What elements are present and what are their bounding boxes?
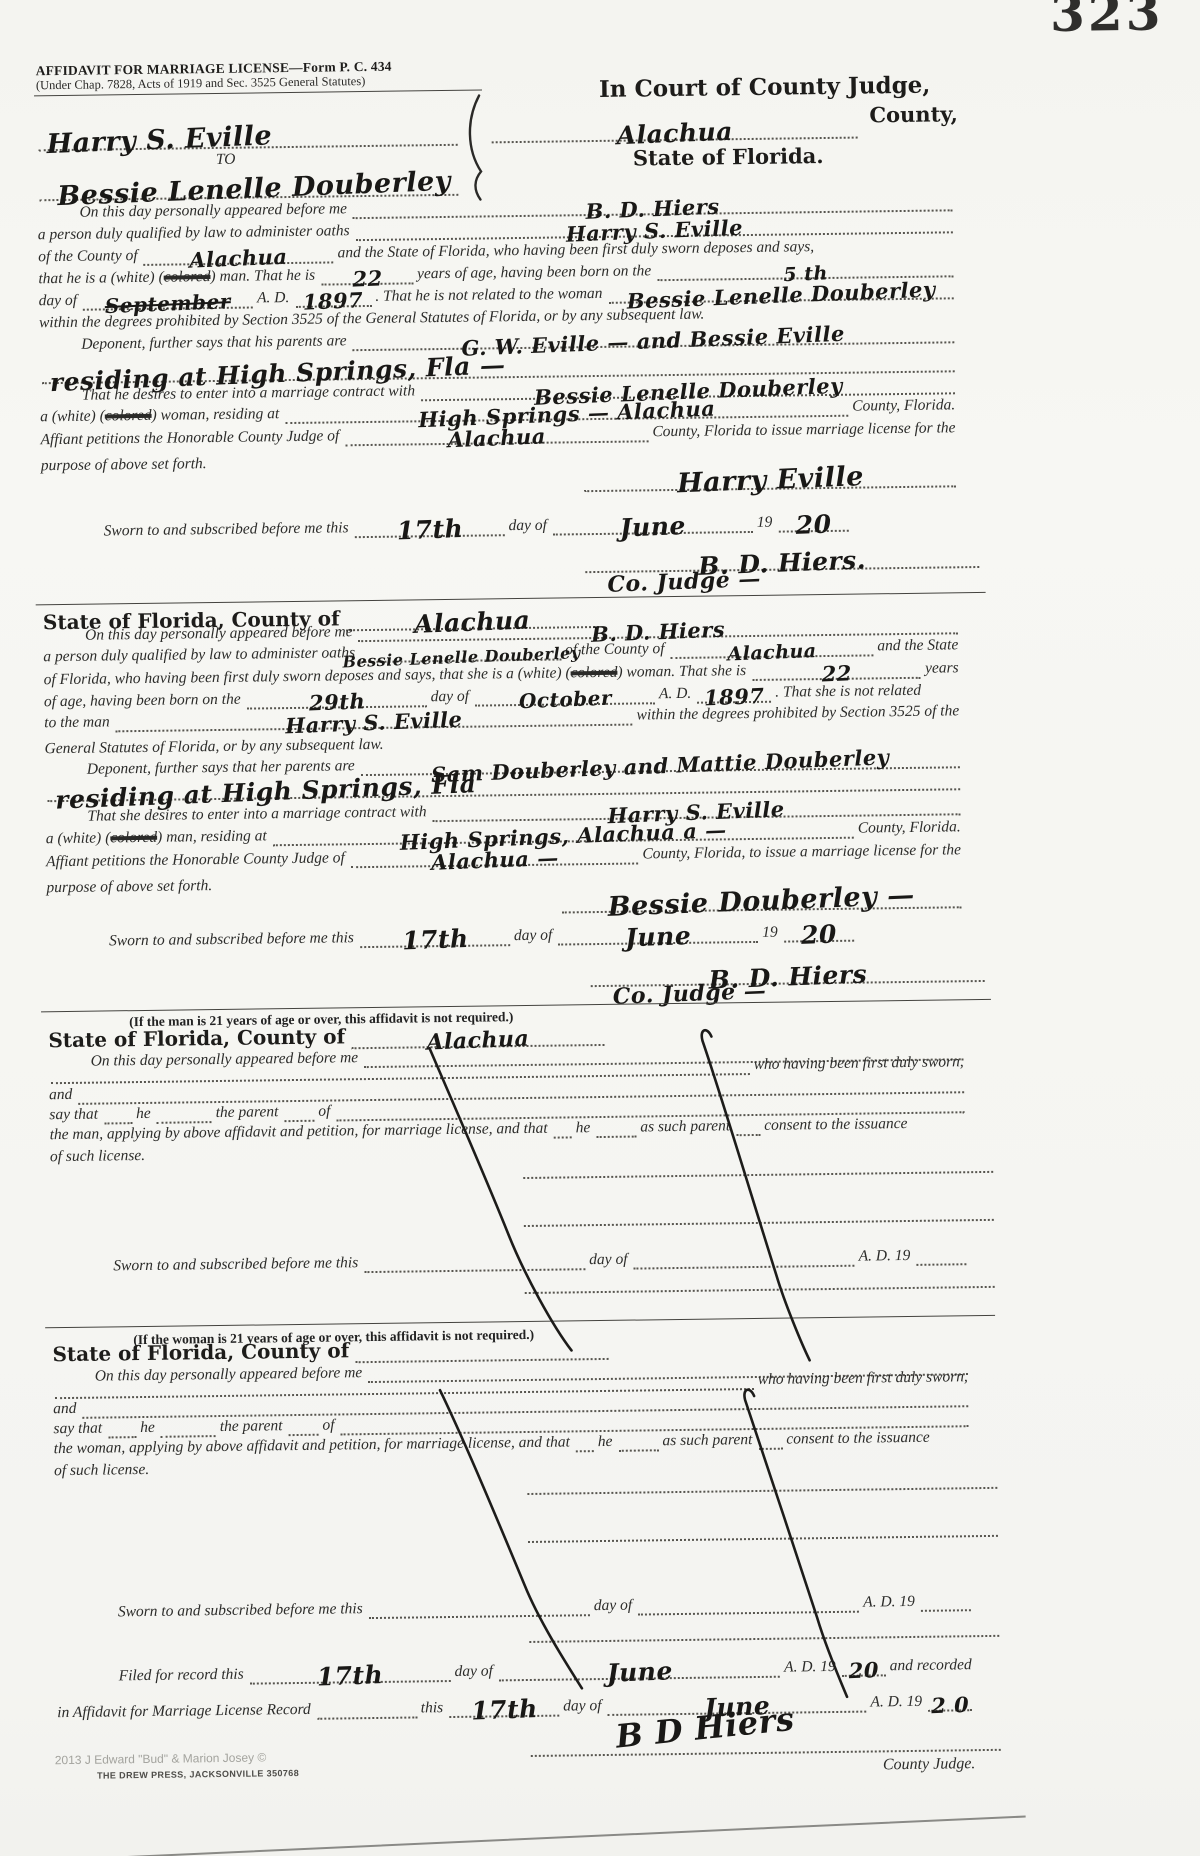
printed-label: day of bbox=[508, 517, 551, 536]
sworn-year: 20 bbox=[795, 513, 832, 536]
record-year-blank: 2 0 bbox=[928, 1696, 972, 1711]
printed-text: of such license. bbox=[54, 1461, 153, 1481]
section-divider bbox=[41, 999, 991, 1012]
printed-label: to the man bbox=[44, 714, 114, 734]
blank-signature-line bbox=[523, 1171, 993, 1179]
printed-label: Affiant petitions the Honorable County J… bbox=[46, 849, 349, 872]
blank-signature-line bbox=[527, 1487, 997, 1495]
sworn-year-blank: 20 bbox=[778, 513, 848, 532]
signature-blank: Bessie Douberley — bbox=[562, 888, 962, 913]
sworn-day: 17th bbox=[396, 518, 463, 542]
sworn-day-blank: 17th bbox=[354, 518, 504, 538]
printed-text: and recorded bbox=[890, 1656, 976, 1676]
filed-day: 17th bbox=[317, 1664, 384, 1688]
printed-text: a (white) ( bbox=[46, 830, 111, 850]
document-page: 323 AFFIDAVIT FOR MARRIAGE LICENSE—Form … bbox=[0, 0, 1200, 1856]
printed-label: day of bbox=[594, 1597, 637, 1616]
empty-blank bbox=[317, 1716, 417, 1719]
record-day-blank: 17th bbox=[449, 1698, 559, 1718]
printed-label: day of bbox=[563, 1697, 606, 1716]
judge-signature-line: B. D. Hiers. bbox=[583, 536, 983, 573]
groom-name-line: Harry S. Eville bbox=[36, 110, 461, 152]
filed-month: June bbox=[606, 1660, 673, 1684]
printed-label: in Affidavit for Marriage License Record bbox=[57, 1701, 315, 1723]
sworn-line: Sworn to and subscribed before me this 1… bbox=[47, 912, 847, 952]
blank-signature-line bbox=[529, 1635, 999, 1643]
sworn-line: Sworn to and subscribed before me this 1… bbox=[41, 502, 841, 542]
printed-label: Sworn to and subscribed before me this bbox=[104, 519, 353, 541]
sworn-month-blank: June bbox=[553, 515, 753, 536]
printed-text: and the State bbox=[877, 636, 962, 656]
printer-credit: THE DREW PRESS, JACKSONVILLE 350768 bbox=[97, 1768, 299, 1781]
sworn-day-blank: 17th bbox=[360, 928, 510, 948]
sworn-month: June bbox=[619, 515, 686, 539]
filed-year-blank: 20 bbox=[842, 1661, 886, 1676]
printed-text: purpose of above set forth. bbox=[46, 877, 216, 898]
printed-label: Filed for record this bbox=[119, 1666, 248, 1686]
empty-blank bbox=[916, 1263, 966, 1266]
printed-text: purpose of above set forth. bbox=[41, 455, 211, 476]
printed-label: A. D. 19 bbox=[870, 1693, 926, 1713]
page-number: 323 bbox=[1050, 0, 1164, 43]
county-word: County, bbox=[869, 101, 958, 127]
blank-signature-line bbox=[525, 1286, 995, 1294]
printed-text: of such license. bbox=[50, 1147, 149, 1167]
empty-blank bbox=[364, 1268, 585, 1273]
printed-text: County, Florida to issue marriage licens… bbox=[652, 419, 959, 442]
signature-line: Harry Eville bbox=[582, 451, 960, 492]
court-county-line: Alachua bbox=[489, 101, 861, 144]
signature-blank: Harry Eville bbox=[584, 467, 956, 492]
recorded-line: in Affidavit for Marriage License Record… bbox=[57, 1679, 976, 1723]
state-heading: State of Florida. bbox=[633, 143, 824, 170]
sworn-month-blank: June bbox=[558, 925, 758, 946]
groom-signature: Harry Eville bbox=[676, 466, 864, 496]
printed-label: Sworn to and subscribed before me this bbox=[118, 1600, 367, 1622]
printed-label: A. D. 19 bbox=[859, 1247, 915, 1267]
sworn-line: Sworn to and subscribed before me this d… bbox=[51, 1235, 970, 1277]
filed-year: 20 bbox=[848, 1661, 879, 1680]
blank-signature-line bbox=[528, 1535, 998, 1543]
printed-year-19: 19 bbox=[762, 924, 782, 943]
empty-blank bbox=[638, 1611, 859, 1616]
printed-text: a (white) ( bbox=[40, 408, 105, 428]
archive-credit: 2013 J Edward "Bud" & Marion Josey © bbox=[55, 1750, 267, 1767]
printed-label: day of bbox=[454, 1663, 497, 1682]
struck-word-colored: colored bbox=[110, 829, 157, 848]
form-statute: (Under Chap. 7828, Acts of 1919 and Sec.… bbox=[36, 74, 366, 93]
printed-label: A. D. 19 bbox=[784, 1658, 840, 1678]
signature-line: Bessie Douberley — bbox=[559, 872, 965, 913]
printed-label: Sworn to and subscribed before me this bbox=[113, 1254, 362, 1276]
printed-label: Deponent, further says that his parents … bbox=[81, 332, 351, 354]
sworn-day: 17th bbox=[401, 928, 468, 952]
struck-word-colored: colored bbox=[105, 407, 152, 426]
sworn-month: June bbox=[625, 925, 692, 949]
sworn-line: Sworn to and subscribed before me this d… bbox=[56, 1581, 975, 1623]
record-year: 2 0 bbox=[931, 1696, 970, 1715]
printed-label: day of bbox=[589, 1251, 632, 1270]
filed-day-blank: 17th bbox=[250, 1664, 451, 1685]
brace-mark bbox=[469, 95, 481, 199]
sworn-year-blank: 20 bbox=[784, 923, 854, 942]
record-day: 17th bbox=[471, 1698, 538, 1722]
printed-label: Affiant petitions the Honorable County J… bbox=[40, 428, 343, 451]
judge-title-handwritten: Co. Judge — bbox=[607, 570, 761, 595]
court-heading: In Court of County Judge, bbox=[599, 72, 931, 103]
petition-county-blank: Alachua bbox=[345, 427, 648, 446]
printed-year-19: 19 bbox=[757, 514, 777, 533]
empty-blank bbox=[921, 1609, 971, 1612]
groom-name: Harry S. Eville bbox=[46, 125, 272, 157]
county-judge-label: County Judge. bbox=[883, 1755, 976, 1774]
petition-county-blank: Alachua — bbox=[351, 850, 639, 869]
printed-text: County, Florida, to issue a marriage lic… bbox=[642, 841, 965, 864]
printed-text: within the degrees prohibited by Section… bbox=[637, 702, 964, 725]
county-blank: Alachua bbox=[491, 120, 857, 143]
printed-label: day of bbox=[514, 927, 557, 946]
filed-month-blank: June bbox=[499, 1659, 780, 1681]
empty-blank bbox=[369, 1614, 590, 1619]
printed-label: A. D. 19 bbox=[863, 1593, 919, 1613]
handwritten-court-county: Alachua bbox=[616, 120, 733, 146]
scanned-form: 323 AFFIDAVIT FOR MARRIAGE LICENSE—Form … bbox=[0, 0, 1200, 1856]
blank-signature-line bbox=[524, 1219, 994, 1227]
sworn-year: 20 bbox=[800, 923, 837, 946]
page-edge-line bbox=[88, 1817, 1026, 1856]
empty-blank bbox=[634, 1265, 855, 1270]
groom-blank: Harry S. Eville bbox=[38, 126, 457, 151]
printed-label: Sworn to and subscribed before me this bbox=[109, 929, 358, 951]
printed-text: this bbox=[421, 1699, 448, 1718]
